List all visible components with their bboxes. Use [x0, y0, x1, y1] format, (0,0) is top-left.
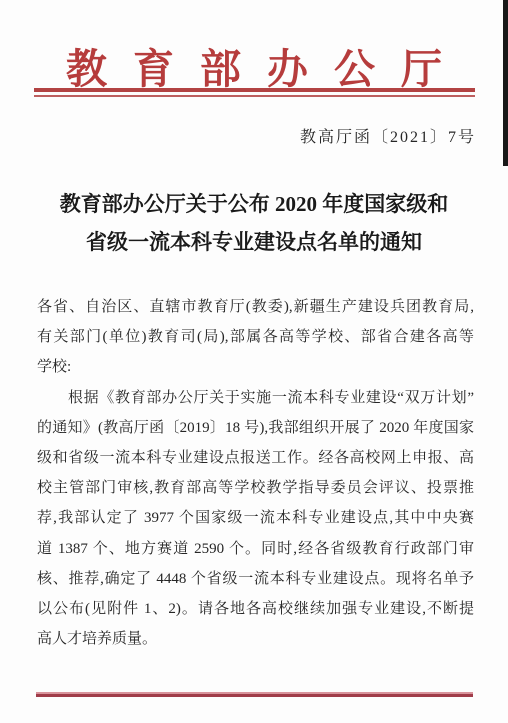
body-line: 有关部门(单位)教育司(局),部属各高等学校、部省合建各高等: [37, 322, 474, 352]
document-title-line-2: 省级一流本科专业建设点名单的通知: [0, 223, 508, 261]
document-reference-number: 教高厅函〔2021〕7号: [300, 124, 476, 147]
body-line: 级和省级一流本科专业建设点报送工作。经各高校网上申报、高: [37, 443, 474, 473]
body-line: 各省、自治区、直辖市教育厅(教委),新疆生产建设兵团教育局,: [37, 292, 474, 322]
body-line: 荐,我部认定了 3977 个国家级一流本科专业建设点,其中中央赛: [37, 503, 474, 533]
body-line: 根据《教育部办公厅关于实施一流本科专业建设“双万计划”: [37, 383, 474, 413]
body-line: 核、推荐,确定了 4448 个省级一流本科专业建设点。现将名单予: [37, 564, 474, 594]
body-line: 道 1387 个、地方赛道 2590 个。同时,经各省级教育行政部门审: [37, 534, 474, 564]
header-double-rule: [34, 88, 475, 97]
body-line: 校主管部门审核,教育部高等学校教学指导委员会评议、投票推: [37, 473, 474, 503]
body-line: 学校:: [37, 352, 474, 382]
footer-double-rule: [36, 692, 473, 697]
document-title: 教育部办公厅关于公布 2020 年度国家级和 省级一流本科专业建设点名单的通知: [0, 185, 508, 261]
document-body: 各省、自治区、直辖市教育厅(教委),新疆生产建设兵团教育局, 有关部门(单位)教…: [37, 292, 474, 654]
document-title-line-1: 教育部办公厅关于公布 2020 年度国家级和: [0, 185, 508, 223]
header-rule-thin: [34, 95, 475, 97]
body-line: 以公布(见附件 1、2)。请各地各高校继续加强专业建设,不断提: [37, 594, 474, 624]
body-line: 的通知》(教高厅函〔2019〕18 号),我部组织开展了 2020 年度国家: [37, 413, 474, 443]
header-rule-thick: [34, 88, 475, 92]
body-line: 高人才培养质量。: [37, 624, 474, 654]
official-document-page: 教育部办公厅 教高厅函〔2021〕7号 教育部办公厅关于公布 2020 年度国家…: [0, 0, 508, 723]
footer-rule-dark: [36, 694, 473, 697]
issuing-org-header: 教育部办公厅: [0, 36, 508, 95]
